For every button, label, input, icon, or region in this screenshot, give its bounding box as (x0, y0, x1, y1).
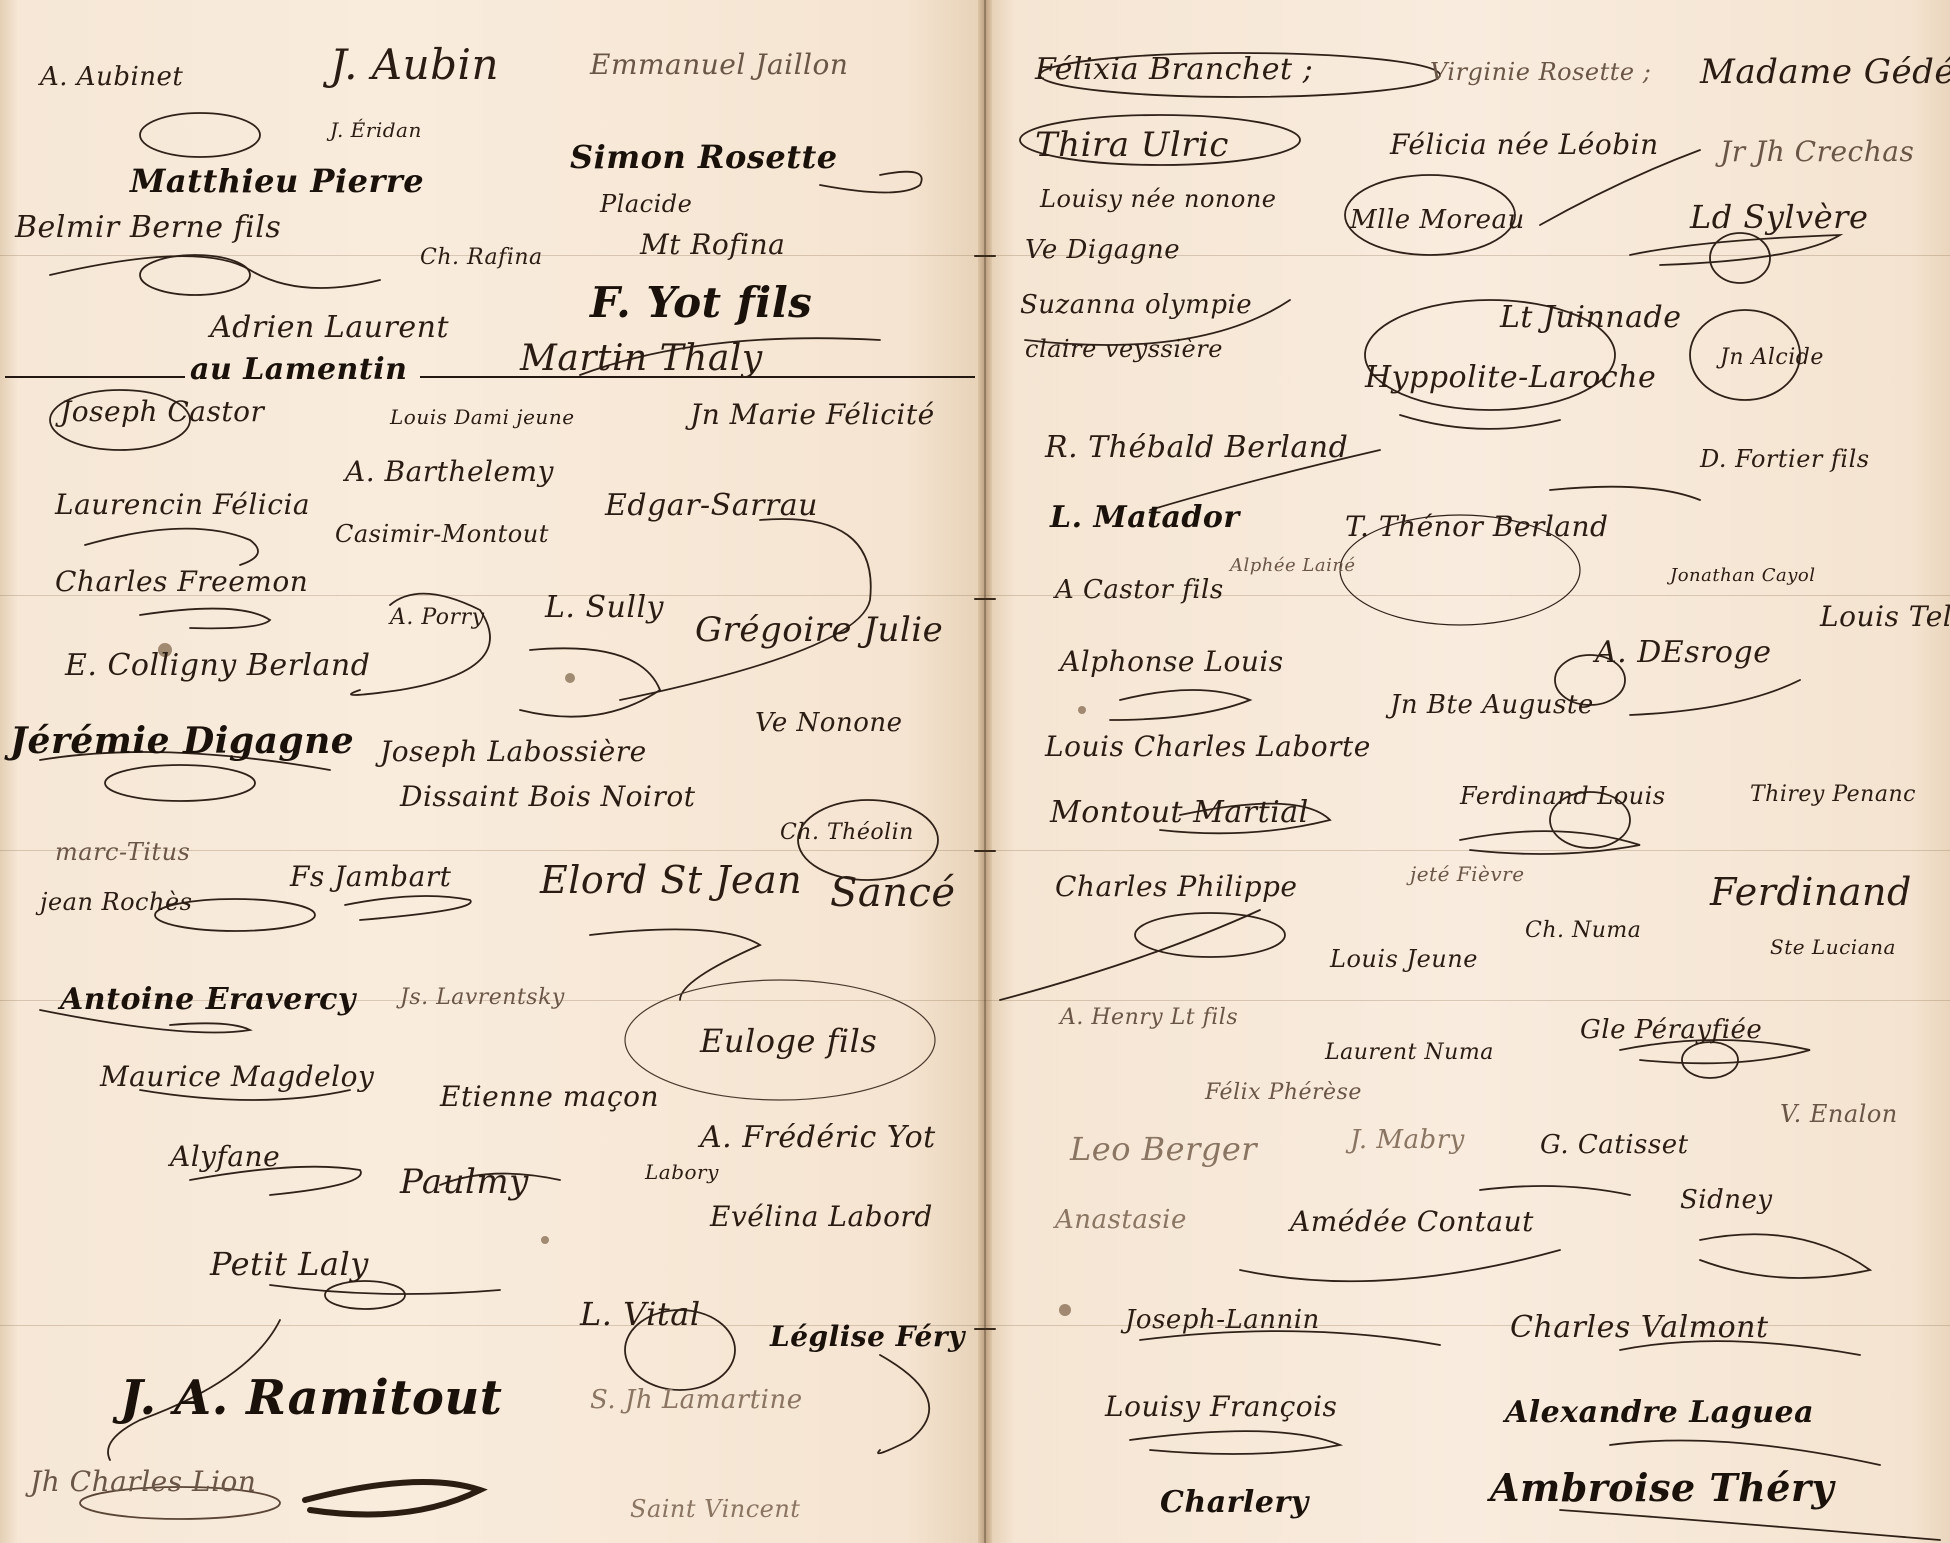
signature: Ferdinand (1710, 870, 1912, 914)
signature: Montout Martial (1050, 795, 1309, 830)
signature: Louisy née nonone (1040, 185, 1277, 213)
signature: Ch. Numa (1525, 918, 1641, 943)
open-register-spread: au Lamentin (0, 0, 1950, 1543)
signature: Virginie Rosette ; (1430, 58, 1651, 86)
signature: Louis Jeune (1330, 945, 1478, 973)
signature: jean Rochès (40, 888, 192, 916)
signature: Saint Vincent (630, 1495, 800, 1523)
signature: E. Colligny Berland (65, 648, 370, 683)
signature: Sancé (830, 870, 956, 916)
signature: J. Éridan (330, 118, 422, 142)
signature: Ferdinand Louis (1460, 782, 1666, 810)
signature: A Castor fils (1055, 575, 1224, 605)
signature: Petit Laly (210, 1245, 369, 1283)
signature: T. Thénor Berland (1345, 510, 1608, 543)
signature: V. Enalon (1780, 1100, 1898, 1128)
signature: Jh Charles Lion (30, 1465, 256, 1498)
signature: Mt Rofina (640, 228, 785, 261)
signature: Labory (645, 1160, 719, 1184)
signature: Joseph Castor (60, 395, 264, 428)
signature: Charlery (1160, 1485, 1309, 1520)
signature: Antoine Eravercy (60, 982, 356, 1017)
signature: Louis Dami jeune (390, 405, 575, 429)
signature: Edgar-Sarrau (605, 488, 818, 523)
signature: Belmir Berne fils (15, 210, 281, 245)
signature: Laurencin Félicia (55, 488, 310, 521)
signature: Hyppolite-Laroche (1365, 360, 1656, 395)
signature: Elord St Jean (540, 858, 802, 902)
signature: Leo Berger (1070, 1130, 1257, 1168)
signature: Laurent Numa (1325, 1040, 1494, 1065)
signature: Félix Phérèse (1205, 1080, 1362, 1105)
signature: Ve Nonone (755, 708, 902, 738)
signature: A. DEsroge (1595, 635, 1771, 670)
signature: Evélina Labord (710, 1200, 933, 1233)
signature: Dissaint Bois Noirot (400, 780, 695, 813)
signature: A. Porry (390, 605, 485, 630)
signature: Paulmy (400, 1162, 529, 1202)
signature: A. Barthelemy (345, 455, 554, 488)
signature: S. Jh Lamartine (590, 1385, 803, 1415)
signature: Casimir-Montout (335, 520, 549, 548)
signature: Anastasie (1055, 1205, 1187, 1235)
signature: Thira Ulric (1035, 125, 1229, 165)
signature: Lt Juinnade (1500, 300, 1681, 335)
signature: Euloge fils (700, 1022, 877, 1060)
signature: Ch. Rafina (420, 245, 543, 270)
signature: Jn Marie Félicité (690, 398, 935, 431)
signature: Jn Bte Auguste (1390, 690, 1594, 720)
signature: Joseph-Lannin (1125, 1305, 1320, 1335)
signature: Fs Jambart (290, 860, 451, 893)
signature: Mlle Moreau (1350, 205, 1525, 235)
signature: Félixia Branchet ; (1035, 52, 1313, 87)
signature: L. Matador (1050, 500, 1240, 535)
signature: claire veyssière (1025, 335, 1223, 363)
signature: Martin Thaly (520, 338, 763, 379)
signature: marc-Titus (55, 838, 190, 866)
signature: R. Thébald Berland (1045, 430, 1348, 465)
signature: Sidney (1680, 1185, 1773, 1215)
signature: jeté Fièvre (1410, 862, 1525, 886)
signature: Placide (600, 190, 692, 218)
signature: Madame Gédéon (1700, 52, 1950, 92)
signature: Maurice Magdeloy (100, 1060, 374, 1093)
signature: Charles Freemon (55, 565, 308, 598)
signature: Etienne maçon (440, 1080, 659, 1113)
signature: A. Aubinet (40, 62, 183, 92)
signature: Alexandre Laguea (1505, 1395, 1814, 1430)
signature: L. Sully (545, 590, 664, 625)
signature: Ste Luciana (1770, 935, 1896, 959)
signature: Emmanuel Jaillon (590, 48, 848, 81)
signature: Jr Jh Crechas (1720, 135, 1914, 168)
signature: Gle Pérayfiée (1580, 1015, 1762, 1045)
signature: Alphonse Louis (1060, 645, 1284, 678)
signature: Jn Alcide (1720, 345, 1824, 370)
signature: J. A. Ramitout (120, 1370, 502, 1426)
signature: A. Henry Lt fils (1060, 1005, 1238, 1030)
signature: Louis Charles Laborte (1045, 730, 1371, 763)
signature: Jonathan Cayol (1670, 565, 1816, 586)
signature: G. Catisset (1540, 1130, 1689, 1160)
signature: Louis Telle (1820, 600, 1950, 633)
signature: J. Aubin (330, 40, 499, 89)
signature: Félicia née Léobin (1390, 128, 1659, 161)
signature: Simon Rosette (570, 138, 838, 176)
signature: Js. Lavrentsky (400, 985, 565, 1010)
signature: Ambroise Théry (1490, 1465, 1834, 1510)
signature: Alyfane (170, 1140, 280, 1173)
signature: Ld Sylvère (1690, 198, 1868, 236)
signature: Ve Digagne (1025, 235, 1180, 265)
signature: Alphée Lainé (1230, 555, 1356, 576)
signature: L. Vital (580, 1295, 701, 1333)
signature: Suzanna olympie (1020, 290, 1252, 320)
signature: Léglise Féry (770, 1320, 965, 1353)
signature: D. Fortier fils (1700, 445, 1870, 473)
signature: Louisy François (1105, 1390, 1337, 1423)
signature: Amédée Contaut (1290, 1205, 1534, 1238)
signature: Matthieu Pierre (130, 162, 424, 200)
signature: Grégoire Julie (695, 610, 943, 650)
signature: Ch. Théolin (780, 820, 914, 845)
signature: Charles Philippe (1055, 870, 1298, 903)
signature: Jérémie Digagne (10, 720, 354, 762)
signature: Thirey Penanc (1750, 782, 1916, 807)
signature: A. Frédéric Yot (700, 1120, 936, 1155)
signature: Adrien Laurent (210, 310, 449, 345)
signature: J. Mabry (1350, 1125, 1465, 1155)
signature: Joseph Labossière (380, 735, 647, 768)
signature: Charles Valmont (1510, 1310, 1769, 1345)
signature: F. Yot fils (590, 278, 812, 327)
